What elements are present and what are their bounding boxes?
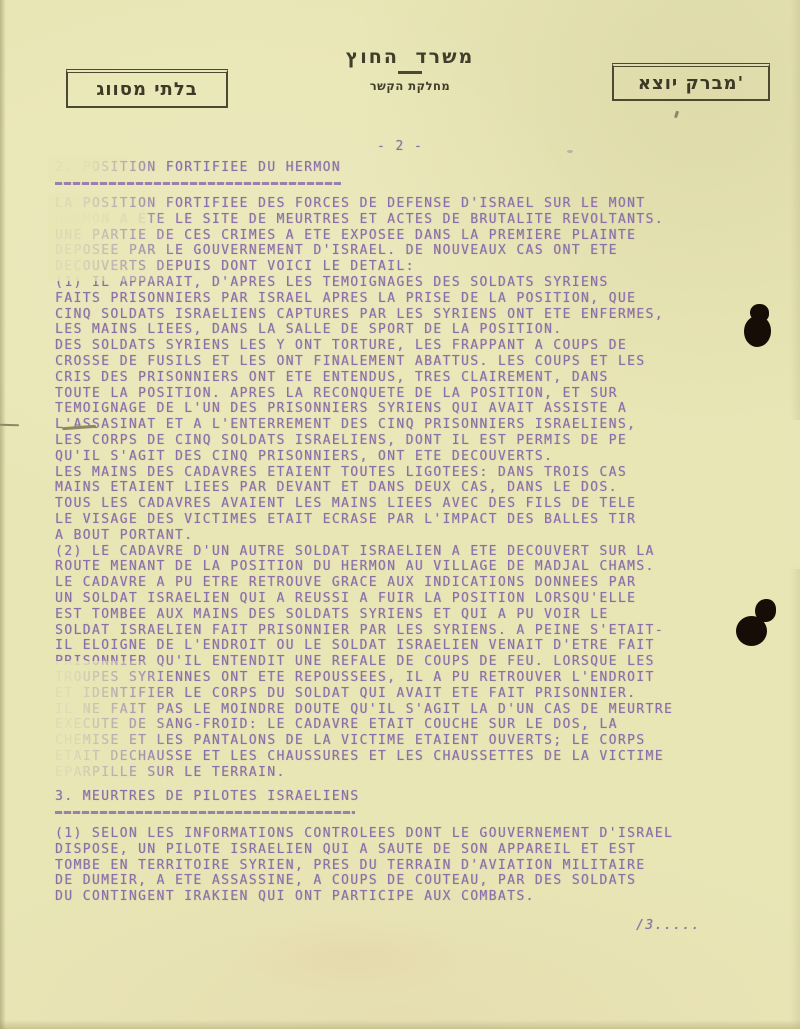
text-line: ROUTE MENANT DE LA POSITION DU HERMON AU… <box>55 559 775 575</box>
section-heading-underline <box>55 182 341 185</box>
section-heading-pilots: 3. MEURTRES DE PILOTES ISRAELIENS <box>55 789 359 804</box>
text-line: LES MAINS LIEES, DANS LA SALLE DE SPORT … <box>55 322 775 338</box>
text-line: DES SOLDATS SYRIENS LES Y ONT TORTURE, L… <box>55 338 775 354</box>
stamp-outgoing-telegram: 'מברק יוצא <box>612 63 770 101</box>
stamp-unclassified: בלתי מסווג <box>66 69 228 108</box>
ink-blot-part <box>736 616 767 646</box>
text-line: DU CONTINGENT IRAKIEN QUI ONT PARTICIPE … <box>55 889 775 905</box>
text-line: UN SOLDAT ISRAELIEN QUI A REUSSI A FUIR … <box>55 591 775 607</box>
stamp-unclassified-label: בלתי מסווג <box>96 79 197 100</box>
header-divider <box>398 71 422 74</box>
text-line: HERMON A ETE LE SITE DE MEURTRES ET ACTE… <box>55 212 775 228</box>
text-line: IL NE FAIT PAS LE MOINDRE DOUTE QU'IL S'… <box>55 702 775 718</box>
text-line: EXECUTE DE SANG-FROID: LE CADAVRE ETAIT … <box>55 717 775 733</box>
text-line: TOUTE LA POSITION. APRES LA RECONQUETE D… <box>55 386 775 402</box>
scanned-telegram-page: בלתי מסווג משרד החוץ מחלקת הקשר 'מברק יו… <box>0 0 800 1029</box>
text-line: TOUS LES CADAVRES AVAIENT LES MAINS LIEE… <box>55 496 775 512</box>
text-line: CHEMISE ET LES PANTALONS DE LA VICTIME E… <box>55 733 775 749</box>
text-line: A BOUT PORTANT. <box>55 528 775 544</box>
section-heading-underline <box>55 811 355 814</box>
text-line: TOMBE EN TERRITOIRE SYRIEN, PRES DU TERR… <box>55 858 775 874</box>
continuation-mark: /3..... <box>636 918 701 933</box>
ink-blot-part <box>744 316 771 347</box>
stamp-outgoing-telegram-label: 'מברק יוצא <box>638 73 744 94</box>
pencil-dash <box>0 424 19 427</box>
ink-blot-icon <box>736 599 780 651</box>
ink-blot-icon <box>741 304 775 352</box>
text-line: DE DUMEIR, A ETE ASSASSINE, A COUPS DE C… <box>55 873 775 889</box>
text-line: LES MAINS DES CADAVRES ETAIENT TOUTES LI… <box>55 465 775 481</box>
text-line: EST TOMBEE AUX MAINS DES SOLDATS SYRIENS… <box>55 607 775 623</box>
text-line: PRISONNIER QU'IL ENTENDIT UNE REFALE DE … <box>55 654 775 670</box>
text-line: MAINS ETAIENT LIEES PAR DEVANT ET DANS D… <box>55 480 775 496</box>
department-label: מחלקת הקשר <box>290 79 530 93</box>
section-body-pilots: (1) SELON LES INFORMATIONS CONTROLEES DO… <box>55 826 775 905</box>
text-line: LE VISAGE DES VICTIMES ETAIT ECRASE PAR … <box>55 512 775 528</box>
text-line: L'ASSASINAT ET A L'ENTERREMENT DES CINQ … <box>55 417 775 433</box>
text-line: (1) SELON LES INFORMATIONS CONTROLEES DO… <box>55 826 775 842</box>
text-line: CINQ SOLDATS ISRAELIENS CAPTURES PAR LES… <box>55 307 775 323</box>
text-line: CRIS DES PRISONNIERS ONT ETE ENTENDUS, T… <box>55 370 775 386</box>
text-line: TEMOIGNAGE DE L'UN DES PRISONNIERS SYRIE… <box>55 401 775 417</box>
ministry-header: משרד החוץ מחלקת הקשר <box>290 46 530 93</box>
text-line: DECOUVERTS DEPUIS DONT VOICI LE DETAIL: <box>55 259 775 275</box>
text-line: IL ELOIGNE DE L'ENDROIT OU LE SOLDAT ISR… <box>55 638 775 654</box>
section-body-hermon: LA POSITION FORTIFIEE DES FORCES DE DEFE… <box>55 196 775 780</box>
ministry-title: משרד החוץ <box>290 46 530 68</box>
text-line: SOLDAT ISRAELIEN FAIT PRISONNIER PAR LES… <box>55 623 775 639</box>
text-line: QU'IL S'AGIT DES CINQ PRISONNIERS, ONT E… <box>55 449 775 465</box>
text-line: CROSSE DE FUSILS ET LES ONT FINALEMENT A… <box>55 354 775 370</box>
stray-ink-mark <box>674 111 679 119</box>
text-line: LA POSITION FORTIFIEE DES FORCES DE DEFE… <box>55 196 775 212</box>
text-line: DISPOSE, UN PILOTE ISRAELIEN QUI A SAUTE… <box>55 842 775 858</box>
text-line: TROUPES SYRIENNES ONT ETE REPOUSSEES, IL… <box>55 670 775 686</box>
text-line: ETAIT DECHAUSSE ET LES CHAUSSURES ET LES… <box>55 749 775 765</box>
page-number: - 2 - <box>0 139 800 154</box>
text-line: UNE PARTIE DE CES CRIMES A ETE EXPOSEE D… <box>55 228 775 244</box>
text-line: LE CADAVRE A PU ETRE RETROUVE GRACE AUX … <box>55 575 775 591</box>
text-line: DEPOSEE PAR LE GOUVERNEMENT D'ISRAEL. DE… <box>55 243 775 259</box>
text-line: LES CORPS DE CINQ SOLDATS ISRAELIENS, DO… <box>55 433 775 449</box>
text-line: ET IDENTIFIER LE CORPS DU SOLDAT QUI AVA… <box>55 686 775 702</box>
section-heading-hermon: 2. POSITION FORTIFIEE DU HERMON <box>55 160 341 175</box>
text-line: (1) IL APPARAIT, D'APRES LES TEMOIGNAGES… <box>55 275 775 291</box>
text-line: (2) LE CADAVRE D'UN AUTRE SOLDAT ISRAELI… <box>55 544 775 560</box>
text-line: FAITS PRISONNIERS PAR ISRAEL APRES LA PR… <box>55 291 775 307</box>
text-line: EPARPILLE SUR LE TERRAIN. <box>55 765 775 781</box>
